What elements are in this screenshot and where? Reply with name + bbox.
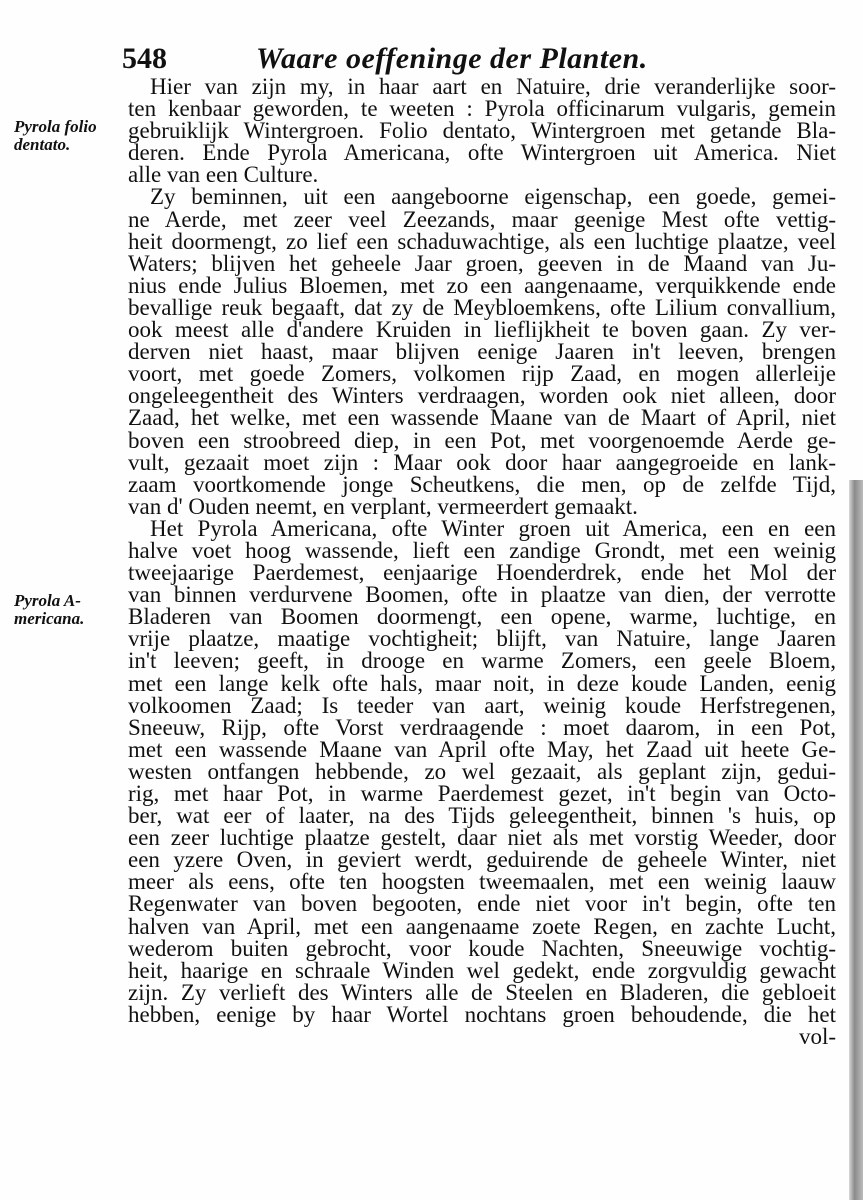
- text-line: tweejaarige Paerdemest, eenjaarige Hoend…: [128, 562, 836, 584]
- margin-note-pyrola-americana: Pyrola A- mericana.: [14, 592, 114, 628]
- text-line: een yzere Oven, in geviert werdt, geduir…: [128, 849, 836, 871]
- paragraph-3: Het Pyrola Americana, ofte Winter groen …: [128, 518, 836, 1026]
- text-line: wederom buiten gebrocht, voor koude Nach…: [128, 938, 836, 960]
- text-line: Sneeuw, Rijp, ofte Vorst verdraagende : …: [128, 717, 836, 739]
- text-line: hebben, eenige by haar Wortel nochtans g…: [128, 1004, 836, 1026]
- text-line: zijn. Zy verlieft des Winters alle de St…: [128, 982, 836, 1004]
- text-line: heit doormengt, zo lief een schaduwachti…: [128, 231, 836, 253]
- book-page: 548 Waare oeffeninge der Planten. Pyrola…: [0, 0, 863, 1200]
- text-line: vult, gezaait moet zijn : Maar ook door …: [128, 452, 836, 474]
- text-line: derven niet haast, maar blijven eenige J…: [128, 341, 836, 363]
- text-line: Hier van zijn my, in haar aart en Natuir…: [128, 76, 836, 98]
- paragraph-1: Hier van zijn my, in haar aart en Natuir…: [128, 76, 836, 186]
- text-line: Zaad, het welke, met een wassende Maane …: [128, 407, 836, 429]
- text-line: van binnen verdurvene Boomen, ofte in pl…: [128, 584, 836, 606]
- text-line: halven van April, met een aangenaame zoe…: [128, 916, 836, 938]
- margin-note-line: Pyrola A-: [14, 592, 114, 610]
- text-line: zaam voortkomende jonge Scheutkens, die …: [128, 474, 836, 496]
- text-line: in't leeven; geeft, in drooge en warme Z…: [128, 650, 836, 672]
- margin-note-line: mericana.: [14, 610, 114, 628]
- catchword: vol-: [128, 1026, 836, 1048]
- page-number: 548: [122, 42, 167, 76]
- text-line: met een wassende Maane van April ofte Ma…: [128, 739, 836, 761]
- text-line: heit, haarige en schraale Winden wel ged…: [128, 960, 836, 982]
- text-line: nius ende Julius Bloemen, met zo een aan…: [128, 275, 836, 297]
- text-line: ber, wat eer of laater, na des Tijds gel…: [128, 805, 836, 827]
- text-line: van d' Ouden neemt, en verplant, vermeer…: [128, 496, 836, 518]
- text-line: ten kenbaar geworden, te weeten : Pyrola…: [128, 98, 836, 120]
- text-line: meer als eens, ofte ten hoogsten tweemaa…: [128, 871, 836, 893]
- body-text: Hier van zijn my, in haar aart en Natuir…: [128, 76, 836, 1048]
- margin-note-line: Pyrola folio: [14, 118, 114, 136]
- running-title: Waare oeffeninge der Planten.: [256, 42, 648, 76]
- margin-note-pyrola-folio-dentato: Pyrola folio dentato.: [14, 118, 114, 154]
- text-line: rig, met haar Pot, in warme Paerdemest g…: [128, 783, 836, 805]
- adjacent-page-edge: [849, 480, 863, 1200]
- text-line: volkoomen Zaad; Is teeder van aart, wein…: [128, 695, 836, 717]
- text-line: Het Pyrola Americana, ofte Winter groen …: [128, 518, 836, 540]
- margin-note-line: dentato.: [14, 136, 114, 154]
- text-line: bevallige reuk begaaft, dat zy de Meyblo…: [128, 297, 836, 319]
- text-line: Bladeren van Boomen doormengt, een opene…: [128, 606, 836, 628]
- text-line: boven een stroobreed diep, in een Pot, m…: [128, 430, 836, 452]
- paragraph-2: Zy beminnen, uit een aangeboorne eigensc…: [128, 186, 836, 517]
- text-line: alle van een Culture.: [128, 164, 836, 186]
- text-line: halve voet hoog wassende, lieft een zand…: [128, 540, 836, 562]
- text-line: westen ontfangen hebbende, zo wel gezaai…: [128, 761, 836, 783]
- text-line: ook meest alle d'andere Kruiden in liefl…: [128, 319, 836, 341]
- text-line: Zy beminnen, uit een aangeboorne eigensc…: [128, 186, 836, 208]
- text-line: ne Aerde, met zeer veel Zeezands, maar g…: [128, 209, 836, 231]
- text-line: ongeleegentheit des Winters verdraagen, …: [128, 385, 836, 407]
- text-line: deren. Ende Pyrola Americana, ofte Winte…: [128, 142, 836, 164]
- text-line: Regenwater van boven begooten, ende niet…: [128, 893, 836, 915]
- text-line: met een lange kelk ofte hals, maar noit,…: [128, 673, 836, 695]
- text-line: voort, met goede Zomers, volkomen rijp Z…: [128, 363, 836, 385]
- text-line: een zeer luchtige plaatze gestelt, daar …: [128, 827, 836, 849]
- text-line: vrije plaatze, maatige vochtigheit; blij…: [128, 628, 836, 650]
- text-line: Waters; blijven het geheele Jaar groen, …: [128, 253, 836, 275]
- text-line: gebruiklijk Wintergroen. Folio dentato, …: [128, 120, 836, 142]
